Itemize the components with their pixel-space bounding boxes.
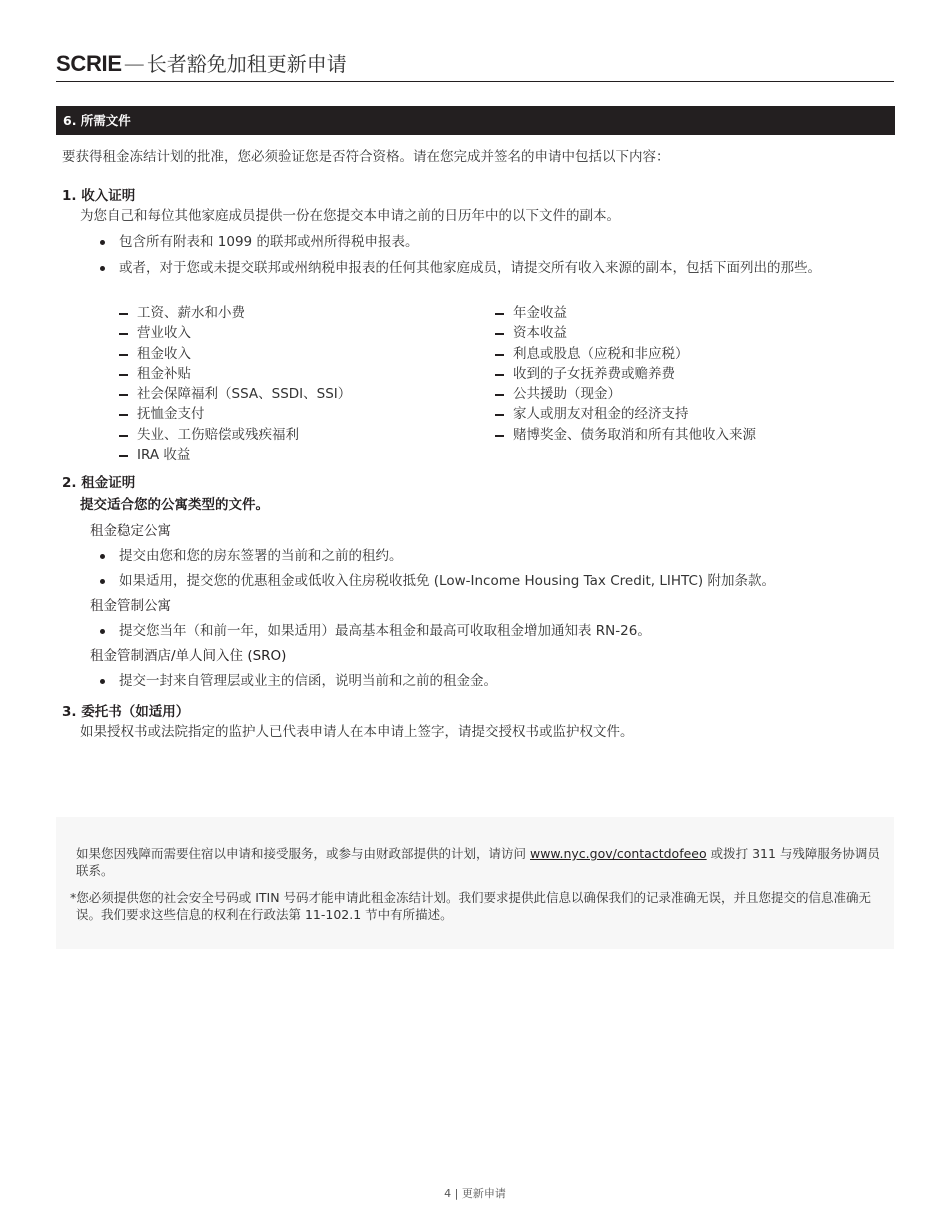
dash-icon (119, 333, 128, 335)
dash-icon (119, 374, 128, 376)
dash-icon (495, 394, 504, 396)
income-source-item: 营业收入 (119, 323, 351, 343)
page-title: SCRIE—长者豁免加租更新申请 (56, 50, 894, 78)
dash-icon (119, 313, 128, 315)
income-source-item: 公共援助（现金） (495, 384, 756, 404)
income-bullet: 或者，对于您或未提交联邦或州纳税申报表的任何其他家庭成员，请提交所有收入来源的副… (100, 258, 900, 278)
dash-icon (119, 354, 128, 356)
income-source-item: 抚恤金支付 (119, 404, 351, 424)
ssn-notice: *您必须提供您的社会安全号码或 ITIN 号码才能申请此租金冻结计划。我们要求提… (70, 889, 882, 923)
dash-icon (495, 333, 504, 335)
rent-bullet: 提交您当年（和前一年，如果适用）最高基本租金和最高可收取租金增加通知表 RN-2… (100, 621, 895, 641)
title-separator: — (124, 52, 145, 76)
income-source-item: 工资、薪水和小费 (119, 303, 351, 323)
rent-bullet: 提交由您和您的房东签署的当前和之前的租约。 (100, 546, 895, 566)
income-source-item: 社会保障福利（SSA、SSDI、SSI） (119, 384, 351, 404)
accommodation-notice: 如果您因残障而需要住宿以申请和接受服务，或参与由财政部提供的计划，请访问 www… (76, 845, 881, 879)
dash-icon (119, 394, 128, 396)
dash-icon (495, 313, 504, 315)
dash-icon (495, 374, 504, 376)
bullet-icon (100, 266, 105, 271)
rent-stabilized-heading: 租金稳定公寓 (90, 521, 171, 541)
rent-proof-description: 提交适合您的公寓类型的文件。 (80, 495, 269, 515)
poa-heading: 3. 委托书（如适用） (62, 702, 189, 722)
dash-icon (119, 435, 128, 437)
bullet-icon (100, 679, 105, 684)
section-intro: 要获得租金冻结计划的批准，您必须验证您是否符合资格。请在您完成并签名的申请中包括… (62, 147, 670, 167)
contact-link[interactable]: www.nyc.gov/contactdofeeo (530, 846, 707, 861)
sro-heading: 租金管制酒店/单人间入住 (SRO) (90, 646, 286, 666)
bullet-icon (100, 629, 105, 634)
income-source-item: 家人或朋友对租金的经济支持 (495, 404, 756, 424)
dash-icon (119, 414, 128, 416)
dash-icon (495, 354, 504, 356)
income-bullet: 包含所有附表和 1099 的联邦或州所得税申报表。 (100, 232, 895, 252)
income-source-item: 利息或股息（应税和非应税） (495, 344, 756, 364)
form-title: 长者豁免加租更新申请 (147, 52, 347, 76)
income-source-item: 失业、工伤赔偿或残疾福利 (119, 425, 351, 445)
income-proof-heading: 1. 收入证明 (62, 186, 135, 206)
income-sources-right: 年金收益 资本收益 利息或股息（应税和非应税） 收到的子女抚养费或赡养费 公共援… (495, 303, 756, 445)
dash-icon (495, 435, 504, 437)
dash-icon (119, 455, 128, 457)
notice-box: 如果您因残障而需要住宿以申请和接受服务，或参与由财政部提供的计划，请访问 www… (56, 817, 894, 949)
income-source-item: 收到的子女抚养费或赡养费 (495, 364, 756, 384)
rent-proof-heading: 2. 租金证明 (62, 473, 135, 493)
section-header: 6. 所需文件 (56, 106, 895, 135)
rent-bullet: 如果适用，提交您的优惠租金或低收入住房税收抵免 (Low-Income Hous… (100, 571, 895, 591)
income-source-item: IRA 收益 (119, 445, 351, 465)
income-proof-description: 为您自己和每位其他家庭成员提供一份在您提交本申请之前的日历年中的以下文件的副本。 (80, 206, 620, 226)
income-source-item: 年金收益 (495, 303, 756, 323)
poa-description: 如果授权书或法院指定的监护人已代表申请人在本申请上签字，请提交授权书或监护权文件… (80, 722, 634, 742)
income-source-item: 租金收入 (119, 344, 351, 364)
page-header: SCRIE—长者豁免加租更新申请 (56, 50, 894, 82)
bullet-icon (100, 240, 105, 245)
income-sources-left: 工资、薪水和小费 营业收入 租金收入 租金补贴 社会保障福利（SSA、SSDI、… (119, 303, 351, 465)
program-name: SCRIE (56, 51, 122, 76)
bullet-icon (100, 554, 105, 559)
dash-icon (495, 414, 504, 416)
income-source-item: 租金补贴 (119, 364, 351, 384)
page-footer: 4 | 更新申请 (0, 1185, 950, 1201)
income-source-item: 赌博奖金、债务取消和所有其他收入来源 (495, 425, 756, 445)
rent-bullet: 提交一封来自管理层或业主的信函，说明当前和之前的租金金。 (100, 671, 895, 691)
rent-controlled-heading: 租金管制公寓 (90, 596, 171, 616)
bullet-icon (100, 579, 105, 584)
income-source-item: 资本收益 (495, 323, 756, 343)
